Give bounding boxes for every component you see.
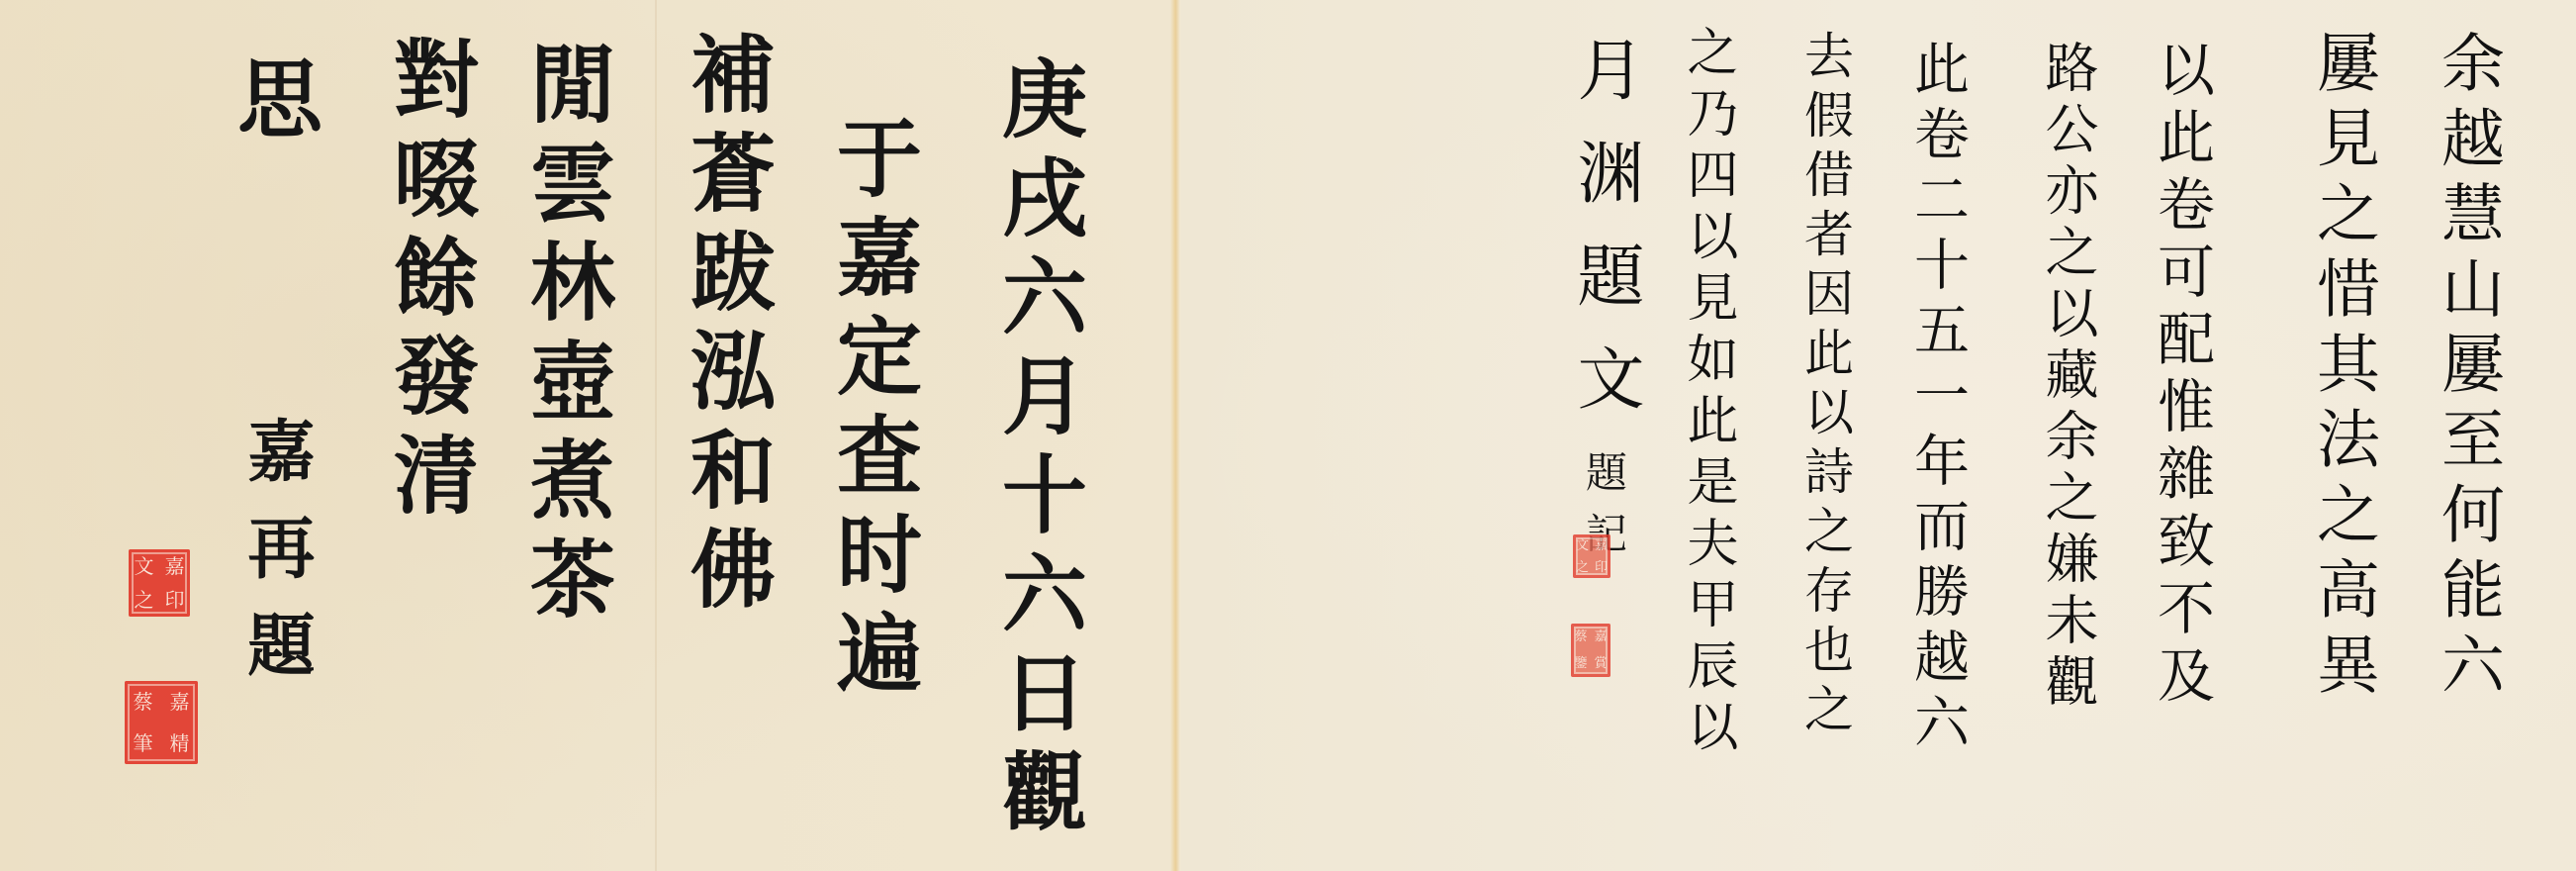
seal-char: 精 [161,733,198,753]
colophon-column-5: 對啜餘發清 [386,35,471,530]
text-column-6: 去假借者因此以詩之存也之 [1800,30,1850,742]
text-seal-upper: 文 嘉 之 印 [1573,534,1610,578]
seal-char: 筆 [125,733,161,753]
colophon-seal-upper: 文 嘉 之 印 [129,549,190,617]
text-column-2: 屢見之惜其法之高異 [2311,30,2374,707]
seal-char: 文 [1573,539,1592,552]
text-column-1: 余越慧山屢至何能六 [2436,30,2499,707]
seal-char: 蔡 [1571,630,1591,643]
seal-char: 嘉 [159,556,190,576]
seal-char: 賞 [1591,657,1610,670]
seal-char: 鑒 [1571,657,1591,670]
text-column-4: 路公亦之以藏余之嫌未觀 [2041,40,2094,715]
colophon-column-2: 于嘉定査时遍 [829,114,914,708]
seal-char: 嘉 [1591,630,1610,643]
colophon-signature: 嘉再題 [242,416,310,707]
text-column-8: 月渊題文 [1571,35,1638,446]
colophon-column-4: 閒雲林壺煮茶 [522,40,607,633]
text-column-7: 之乃四以見如此是夫甲辰以 [1682,25,1733,761]
text-column-3: 以此卷可配惟雜致不及 [2153,40,2210,713]
seal-char: 文 [129,556,159,576]
colophon-column-6: 思 [230,54,315,153]
seal-char: 嘉 [161,692,198,712]
colophon-column-3: 補蒼跋泓和佛 [683,30,768,624]
paper-fold-line [655,0,657,871]
colophon-column-1: 庚戌六月十六日觀 [994,54,1079,846]
seal-char: 印 [159,590,190,610]
text-column-5: 此卷二十五一年而勝越六 [1909,40,1965,758]
calligraphy-scroll: 庚戌六月十六日觀 于嘉定査时遍 補蒼跋泓和佛 閒雲林壺煮茶 對啜餘發清 思 嘉再… [0,0,2576,871]
seal-char: 之 [129,590,159,610]
seal-char: 印 [1592,561,1610,574]
seal-char: 嘉 [1592,539,1610,552]
seal-char: 之 [1573,561,1592,574]
mounting-seam [1170,0,1180,871]
colophon-seal-lower: 蔡 嘉 筆 精 [125,681,198,764]
text-seal-lower: 蔡 嘉 鑒 賞 [1571,624,1610,677]
seal-char: 蔡 [125,692,161,712]
